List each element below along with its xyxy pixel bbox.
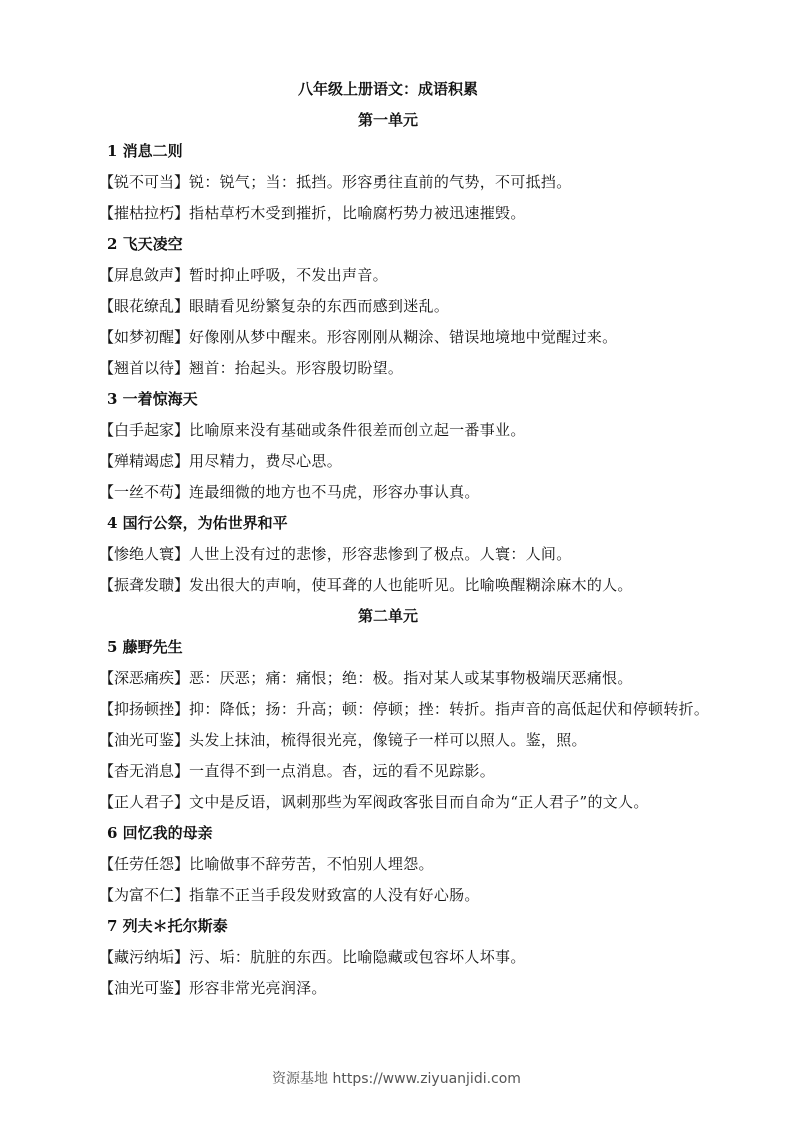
idiom-term: 【深恶痛疾】 [99,669,189,687]
idiom-entry: 【藏污纳垢】污、垢：肮脏的东西。比喻隐藏或包容坏人坏事。 [57,942,719,973]
lesson-section: 4 国行公祭，为佑世界和平 【惨绝人寰】人世上没有过的悲惨，形容悲惨到了极点。人… [57,508,719,601]
idiom-term: 【为富不仁】 [99,886,189,904]
idiom-entry: 【油光可鉴】形容非常光亮润泽。 [57,973,719,1004]
document-title: 八年级上册语文：成语积累 [57,74,719,105]
idiom-entry: 【振聋发聩】发出很大的声响，使耳聋的人也能听见。比喻唤醒糊涂麻木的人。 [57,570,719,601]
idiom-entry: 【杳无消息】一直得不到一点消息。杳，远的看不见踪影。 [57,756,719,787]
lesson-title: 6 回忆我的母亲 [57,818,719,849]
idiom-entry: 【油光可鉴】头发上抹油，梳得很光亮，像镜子一样可以照人。鉴，照。 [57,725,719,756]
lesson-title: 7 列夫＊托尔斯泰 [57,911,719,942]
idiom-term: 【藏污纳垢】 [99,948,189,966]
idiom-term: 【惨绝人寰】 [99,545,189,563]
idiom-definition: 比喻做事不辞劳苦，不怕别人埋怨。 [189,855,434,873]
idiom-entry: 【锐不可当】锐：锐气；当：抵挡。形容勇往直前的气势，不可抵挡。 [57,167,719,198]
lesson-section: 7 列夫＊托尔斯泰 【藏污纳垢】污、垢：肮脏的东西。比喻隐藏或包容坏人坏事。 【… [57,911,719,1004]
idiom-definition: 抑：降低；扬：升高；顿：停顿；挫：转折。指声音的高低起伏和停顿转折。 [189,700,709,718]
idiom-term: 【殚精竭虑】 [99,452,189,470]
idiom-entry: 【抑扬顿挫】抑：降低；扬：升高；顿：停顿；挫：转折。指声音的高低起伏和停顿转折。 [57,694,719,725]
lesson-section: 5 藤野先生 【深恶痛疾】恶：厌恶；痛：痛恨；绝：极。指对某人或某事物极端厌恶痛… [57,632,719,818]
lesson-section: 2 飞天凌空 【屏息敛声】暂时抑止呼吸，不发出声音。 【眼花缭乱】眼睛看见纷繁复… [57,229,719,384]
idiom-definition: 恶：厌恶；痛：痛恨；绝：极。指对某人或某事物极端厌恶痛恨。 [189,669,633,687]
lesson-title: 5 藤野先生 [57,632,719,663]
idiom-entry: 【白手起家】比喻原来没有基础或条件很差而创立起一番事业。 [57,415,719,446]
idiom-entry: 【翘首以待】翘首：抬起头。形容殷切盼望。 [57,353,719,384]
idiom-entry: 【摧枯拉朽】指枯草朽木受到摧折，比喻腐朽势力被迅速摧毁。 [57,198,719,229]
idiom-term: 【眼花缭乱】 [99,297,189,315]
idiom-definition: 形容非常光亮润泽。 [189,979,327,997]
idiom-entry: 【眼花缭乱】眼睛看见纷繁复杂的东西而感到迷乱。 [57,291,719,322]
idiom-entry: 【屏息敛声】暂时抑止呼吸，不发出声音。 [57,260,719,291]
unit-title: 第二单元 [57,601,719,632]
lesson-section: 1 消息二则 【锐不可当】锐：锐气；当：抵挡。形容勇往直前的气势，不可抵挡。 【… [57,136,719,229]
idiom-entry: 【惨绝人寰】人世上没有过的悲惨，形容悲惨到了极点。人寰：人间。 [57,539,719,570]
idiom-entry: 【正人君子】文中是反语，讽刺那些为军阀政客张目而自命为“正人君子”的文人。 [57,787,719,818]
unit-title: 第一单元 [57,105,719,136]
idiom-term: 【一丝不苟】 [99,483,189,501]
idiom-term: 【屏息敛声】 [99,266,189,284]
idiom-definition: 锐：锐气；当：抵挡。形容勇往直前的气势，不可抵挡。 [189,173,572,191]
idiom-definition: 一直得不到一点消息。杳，远的看不见踪影。 [189,762,495,780]
idiom-entry: 【深恶痛疾】恶：厌恶；痛：痛恨；绝：极。指对某人或某事物极端厌恶痛恨。 [57,663,719,694]
idiom-term: 【摧枯拉朽】 [99,204,189,222]
lesson-title: 1 消息二则 [57,136,719,167]
lesson-title: 2 飞天凌空 [57,229,719,260]
idiom-definition: 连最细微的地方也不马虎，形容办事认真。 [189,483,480,501]
lesson-section: 3 一着惊海天 【白手起家】比喻原来没有基础或条件很差而创立起一番事业。 【殚精… [57,384,719,508]
idiom-definition: 指靠不正当手段发财致富的人没有好心肠。 [189,886,480,904]
idiom-term: 【杳无消息】 [99,762,189,780]
idiom-term: 【如梦初醒】 [99,328,189,346]
idiom-definition: 好像刚从梦中醒来。形容刚刚从糊涂、错误地境地中觉醒过来。 [189,328,617,346]
idiom-definition: 翘首：抬起头。形容殷切盼望。 [189,359,403,377]
idiom-term: 【振聋发聩】 [99,576,189,594]
idiom-definition: 比喻原来没有基础或条件很差而创立起一番事业。 [189,421,526,439]
idiom-term: 【抑扬顿挫】 [99,700,189,718]
idiom-definition: 污、垢：肮脏的东西。比喻隐藏或包容坏人坏事。 [189,948,526,966]
idiom-entry: 【任劳任怨】比喻做事不辞劳苦，不怕别人埋怨。 [57,849,719,880]
lesson-title: 4 国行公祭，为佑世界和平 [57,508,719,539]
idiom-definition: 头发上抹油，梳得很光亮，像镜子一样可以照人。鉴，照。 [189,731,587,749]
idiom-entry: 【殚精竭虑】用尽精力，费尽心思。 [57,446,719,477]
idiom-definition: 暂时抑止呼吸，不发出声音。 [189,266,388,284]
lesson-title: 3 一着惊海天 [57,384,719,415]
idiom-term: 【正人君子】 [99,793,189,811]
idiom-term: 【锐不可当】 [99,173,189,191]
idiom-entry: 【一丝不苟】连最细微的地方也不马虎，形容办事认真。 [57,477,719,508]
document-page: 八年级上册语文：成语积累 第一单元 1 消息二则 【锐不可当】锐：锐气；当：抵挡… [57,74,719,1004]
idiom-definition: 用尽精力，费尽心思。 [189,452,342,470]
idiom-term: 【白手起家】 [99,421,189,439]
idiom-term: 【油光可鉴】 [99,731,189,749]
idiom-entry: 【为富不仁】指靠不正当手段发财致富的人没有好心肠。 [57,880,719,911]
lesson-section: 6 回忆我的母亲 【任劳任怨】比喻做事不辞劳苦，不怕别人埋怨。 【为富不仁】指靠… [57,818,719,911]
idiom-term: 【翘首以待】 [99,359,189,377]
idiom-definition: 文中是反语，讽刺那些为军阀政客张目而自命为“正人君子”的文人。 [189,793,649,811]
watermark-footer: 资源基地 https://www.ziyuanjidi.com [0,1068,793,1088]
idiom-entry: 【如梦初醒】好像刚从梦中醒来。形容刚刚从糊涂、错误地境地中觉醒过来。 [57,322,719,353]
idiom-term: 【油光可鉴】 [99,979,189,997]
idiom-definition: 发出很大的声响，使耳聋的人也能听见。比喻唤醒糊涂麻木的人。 [189,576,633,594]
idiom-definition: 眼睛看见纷繁复杂的东西而感到迷乱。 [189,297,449,315]
idiom-definition: 指枯草朽木受到摧折，比喻腐朽势力被迅速摧毁。 [189,204,526,222]
idiom-term: 【任劳任怨】 [99,855,189,873]
idiom-definition: 人世上没有过的悲惨，形容悲惨到了极点。人寰：人间。 [189,545,572,563]
